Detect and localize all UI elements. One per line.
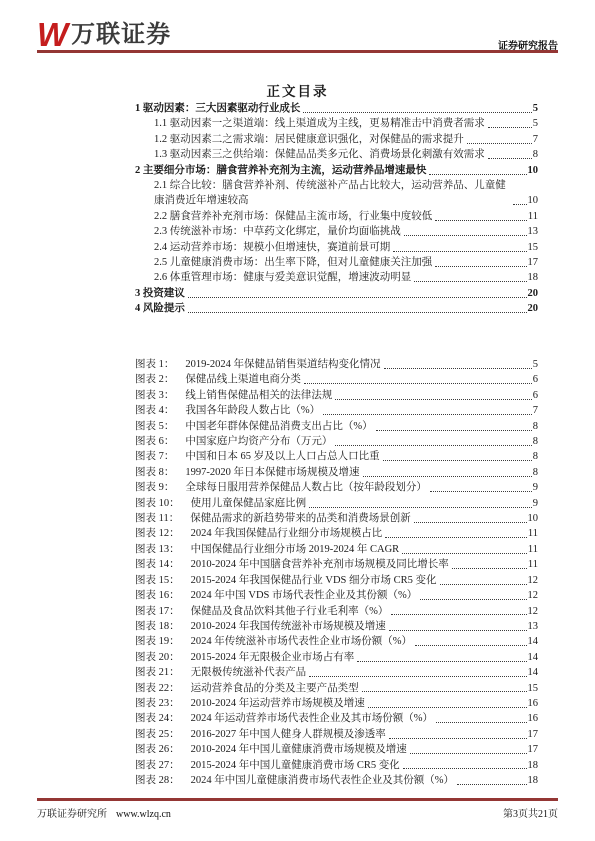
figure-entry-title: 2010-2024 年我国传统滋补市场规模及增速 bbox=[191, 619, 386, 634]
footer: 万联证券研究所 www.wlzq.cn 第3页共21页 bbox=[37, 805, 558, 820]
footer-divider bbox=[37, 798, 558, 801]
figure-entry-page: 12 bbox=[528, 588, 539, 603]
dot-leader bbox=[467, 143, 532, 144]
logo-company-name: 万联证券 bbox=[71, 22, 171, 48]
figure-entry-page: 8 bbox=[533, 465, 538, 480]
toc-entry[interactable]: 1.1 驱动因素一之渠道端：线上渠道成为主线，更易精准击中消费者需求 5 bbox=[135, 116, 538, 131]
toc-entry-text: 1.1 驱动因素一之渠道端：线上渠道成为主线，更易精准击中消费者需求 bbox=[154, 116, 485, 131]
figure-entry-label: 图表 26： bbox=[135, 742, 180, 757]
dot-leader bbox=[188, 297, 527, 298]
figure-entry-page: 7 bbox=[533, 403, 538, 418]
dot-leader bbox=[309, 676, 526, 677]
figure-entry-label: 图表 15： bbox=[135, 573, 180, 588]
figure-list: 图表 1： 2019-2024 年保健品销售渠道结构变化情况 5 图表 2： 保… bbox=[135, 357, 538, 788]
figure-entry[interactable]: 图表 8： 1997-2020 年日本保健市场规模及增速 8 bbox=[135, 465, 538, 480]
dot-leader bbox=[435, 220, 527, 221]
toc-section: 1 驱动因素：三大因素驱动行业成长 5 1.1 驱动因素一之渠道端：线上渠道成为… bbox=[135, 101, 538, 317]
dot-leader bbox=[513, 204, 527, 205]
figure-entry-label: 图表 4： bbox=[135, 403, 174, 418]
figure-entry-title: 2010-2024 年中国儿童健康消费市场规模及增速 bbox=[191, 742, 407, 757]
figure-entry-title: 2019-2024 年保健品销售渠道结构变化情况 bbox=[185, 357, 380, 372]
toc-entry-text: 1 驱动因素：三大因素驱动行业成长 bbox=[135, 101, 300, 116]
figure-entry-page: 12 bbox=[528, 604, 539, 619]
dot-leader bbox=[376, 430, 532, 431]
figure-entry-label: 图表 23： bbox=[135, 696, 180, 711]
figure-entry-page: 18 bbox=[528, 758, 539, 773]
dot-leader bbox=[414, 522, 527, 523]
figure-entry-label: 图表 19： bbox=[135, 634, 180, 649]
figure-entry-label: 图表 22： bbox=[135, 681, 180, 696]
toc-entry-text: 2.6 体重管理市场：健康与爱美意识觉醒，增速波动明显 bbox=[154, 270, 411, 285]
figure-entry-page: 12 bbox=[528, 573, 539, 588]
toc-title: 正文目录 bbox=[0, 80, 595, 100]
dot-leader bbox=[415, 645, 527, 646]
dot-leader bbox=[389, 738, 527, 739]
figure-entry-title: 2015-2024 年中国儿童健康消费市场 CR5 变化 bbox=[191, 758, 400, 773]
dot-leader bbox=[384, 368, 532, 369]
figure-entry-page: 16 bbox=[528, 711, 539, 726]
toc-entry-text: 1.2 驱动因素二之需求端：居民健康意识强化，对保健品的需求提升 bbox=[154, 132, 464, 147]
dot-leader bbox=[304, 383, 532, 384]
figure-entry[interactable]: 图表 9： 全球每日服用营养保健品人数占比（按年龄段划分） 9 bbox=[135, 480, 538, 495]
toc-entry[interactable]: 2.4 运动营养市场：规模小但增速快，赛道前景可期 15 bbox=[135, 240, 538, 255]
figure-entry-label: 图表 7： bbox=[135, 449, 174, 464]
toc-entry-page: 5 bbox=[533, 116, 538, 131]
brand-logo: W 万联证券 bbox=[37, 22, 171, 48]
dot-leader bbox=[309, 507, 532, 508]
dot-leader bbox=[488, 127, 532, 128]
toc-entry[interactable]: 1 驱动因素：三大因素驱动行业成长 5 bbox=[135, 101, 538, 116]
toc-entry-text: 2.3 传统滋补市场：中草药文化绑定，量价均面临挑战 bbox=[154, 224, 401, 239]
dot-leader bbox=[389, 630, 527, 631]
toc-entry[interactable]: 1.3 驱动因素三之供给端：保健品品类多元化、消费场景化刺激有效需求 8 bbox=[135, 147, 538, 162]
toc-entry-page: 20 bbox=[528, 286, 539, 301]
figure-entry[interactable]: 图表 15： 2015-2024 年我国保健品行业 VDS 细分市场 CR5 变… bbox=[135, 573, 538, 588]
figure-entry-label: 图表 5： bbox=[135, 419, 174, 434]
figure-entry[interactable]: 图表 24： 2024 年运动营养市场代表性企业及其市场份额（%） 16 bbox=[135, 711, 538, 726]
toc-entry[interactable]: 3 投资建议 20 bbox=[135, 286, 538, 301]
figure-entry-label: 图表 9： bbox=[135, 480, 174, 495]
toc-entry[interactable]: 1.2 驱动因素二之需求端：居民健康意识强化，对保健品的需求提升 7 bbox=[135, 132, 538, 147]
figure-entry-page: 5 bbox=[533, 357, 538, 372]
figure-entry-title: 保健品线上渠道电商分类 bbox=[185, 372, 301, 387]
figure-entry-label: 图表 3： bbox=[135, 388, 174, 403]
figure-entry[interactable]: 图表 2： 保健品线上渠道电商分类 6 bbox=[135, 372, 538, 387]
figure-entry-page: 6 bbox=[533, 372, 538, 387]
figure-entry-page: 10 bbox=[528, 511, 539, 526]
toc-entry-text: 2.4 运动营养市场：规模小但增速快，赛道前景可期 bbox=[154, 240, 390, 255]
toc-entry[interactable]: 2 主要细分市场：膳食营养补充剂为主流，运动营养品增速最快 10 bbox=[135, 163, 538, 178]
dot-leader bbox=[420, 599, 526, 600]
figure-entry[interactable]: 图表 28： 2024 年中国儿童健康消费市场代表性企业及其份额（%） 18 bbox=[135, 773, 538, 788]
dot-leader bbox=[363, 476, 532, 477]
dot-leader bbox=[435, 266, 526, 267]
dot-leader bbox=[393, 251, 526, 252]
figure-entry-title: 线上销售保健品相关的法律法规 bbox=[185, 388, 332, 403]
toc-entry-text: 2.5 儿童健康消费市场：出生率下降，但对儿童健康关注加强 bbox=[154, 255, 432, 270]
figure-entry-page: 14 bbox=[528, 650, 539, 665]
toc-entry-text: 1.3 驱动因素三之供给端：保健品品类多元化、消费场景化刺激有效需求 bbox=[154, 147, 485, 162]
figure-entry-label: 图表 21： bbox=[135, 665, 180, 680]
toc-entry-page: 15 bbox=[528, 240, 539, 255]
figure-entry-title: 中国家庭户均资产分布（万元） bbox=[185, 434, 332, 449]
figure-entry[interactable]: 图表 14： 2010-2024 年中国膳食营养补充剂市场规模及同比增长率 11 bbox=[135, 557, 538, 572]
figure-entry-title: 2015-2024 年我国保健品行业 VDS 细分市场 CR5 变化 bbox=[191, 573, 437, 588]
figure-entry-title: 2024 年中国儿童健康消费市场代表性企业及其份额（%） bbox=[191, 773, 454, 788]
dot-leader bbox=[385, 537, 527, 538]
figure-entry-title: 2016-2027 年中国人健身人群规模及渗透率 bbox=[191, 727, 386, 742]
figure-entry-title: 运动营养食品的分类及主要产品类型 bbox=[191, 681, 359, 696]
dot-leader bbox=[414, 281, 526, 282]
figure-entry-page: 13 bbox=[528, 619, 539, 634]
figure-entry-page: 9 bbox=[533, 480, 538, 495]
toc-entry[interactable]: 2.5 儿童健康消费市场：出生率下降，但对儿童健康关注加强 17 bbox=[135, 255, 538, 270]
dot-leader bbox=[402, 553, 527, 554]
toc-entry-text: 4 风险提示 bbox=[135, 301, 185, 316]
figure-entry-page: 8 bbox=[533, 434, 538, 449]
figure-entry-title: 2010-2024 年中国膳食营养补充剂市场规模及同比增长率 bbox=[191, 557, 449, 572]
figure-entry-title: 2015-2024 年无限极企业市场占有率 bbox=[191, 650, 355, 665]
figure-entry-label: 图表 28： bbox=[135, 773, 180, 788]
footer-institute: 万联证券研究所 bbox=[37, 805, 107, 820]
figure-entry-page: 16 bbox=[528, 696, 539, 711]
dot-leader bbox=[403, 768, 527, 769]
toc-entry-text: 2.2 膳食营养补充剂市场：保健品主流市场，行业集中度较低 bbox=[154, 209, 432, 224]
dot-leader bbox=[188, 312, 527, 313]
toc-entry-page: 10 bbox=[528, 193, 539, 208]
figure-entry[interactable]: 图表 13： 中国保健品行业细分市场 2019-2024 年 CAGR 11 bbox=[135, 542, 538, 557]
toc-entry-page: 20 bbox=[528, 301, 539, 316]
figure-entry-page: 11 bbox=[528, 557, 538, 572]
toc-entry-page: 13 bbox=[528, 224, 539, 239]
figure-entry[interactable]: 图表 16： 2024 年中国 VDS 市场代表性企业及其份额（%） 12 bbox=[135, 588, 538, 603]
figure-entry-label: 图表 17： bbox=[135, 604, 180, 619]
figure-entry[interactable]: 图表 27： 2015-2024 年中国儿童健康消费市场 CR5 变化 18 bbox=[135, 758, 538, 773]
footer-url[interactable]: www.wlzq.cn bbox=[116, 809, 171, 820]
figure-entry-label: 图表 12： bbox=[135, 526, 180, 541]
dot-leader bbox=[383, 460, 532, 461]
dot-leader bbox=[429, 174, 526, 175]
figure-entry[interactable]: 图表 3： 线上销售保健品相关的法律法规 6 bbox=[135, 388, 538, 403]
toc-entry-page: 7 bbox=[533, 132, 538, 147]
figure-entry-label: 图表 6： bbox=[135, 434, 174, 449]
figure-entry[interactable]: 图表 4： 我国各年龄段人数占比（%） 7 bbox=[135, 403, 538, 418]
figure-entry-label: 图表 16： bbox=[135, 588, 180, 603]
figure-entry-title: 保健品需求的新趋势带来的品类和消费场景创新 bbox=[190, 511, 411, 526]
dot-leader bbox=[362, 691, 527, 692]
figure-entry-title: 2024 年我国保健品行业细分市场规模占比 bbox=[191, 526, 383, 541]
figure-entry-page: 17 bbox=[528, 727, 539, 742]
figure-entry-page: 14 bbox=[528, 665, 539, 680]
figure-entry-title: 中国保健品行业细分市场 2019-2024 年 CAGR bbox=[191, 542, 400, 557]
figure-entry[interactable]: 图表 25： 2016-2027 年中国人健身人群规模及渗透率 17 bbox=[135, 727, 538, 742]
figure-entry-label: 图表 27： bbox=[135, 758, 180, 773]
figure-entry-title: 我国各年龄段人数占比（%） bbox=[185, 403, 320, 418]
figure-entry-page: 8 bbox=[533, 449, 538, 464]
figure-entry[interactable]: 图表 5： 中国老年群体保健品消费支出占比（%） 8 bbox=[135, 419, 538, 434]
toc-entry[interactable]: 4 风险提示 20 bbox=[135, 301, 538, 316]
toc-entry[interactable]: 2.3 传统滋补市场：中草药文化绑定，量价均面临挑战 13 bbox=[135, 224, 538, 239]
header-divider bbox=[37, 50, 558, 53]
figure-entry[interactable]: 图表 1： 2019-2024 年保健品销售渠道结构变化情况 5 bbox=[135, 357, 538, 372]
toc-entry-text: 2.1 综合比较：膳食营养补剂、传统滋补产品占比较大，运动营养品、儿童健康消费近… bbox=[154, 178, 510, 209]
figure-entry-page: 14 bbox=[528, 634, 539, 649]
figure-entry-label: 图表 25： bbox=[135, 727, 180, 742]
figure-entry[interactable]: 图表 19： 2024 年传统滋补市场代表性企业市场份额（%） 14 bbox=[135, 634, 538, 649]
figure-entry-title: 2024 年中国 VDS 市场代表性企业及其份额（%） bbox=[191, 588, 418, 603]
figure-entry-title: 无限极传统滋补代表产品 bbox=[191, 665, 307, 680]
toc-entry-page: 11 bbox=[528, 209, 538, 224]
figure-entry-label: 图表 13： bbox=[135, 542, 180, 557]
dot-leader bbox=[488, 158, 532, 159]
dot-leader bbox=[410, 753, 527, 754]
figure-entry-label: 图表 20： bbox=[135, 650, 180, 665]
figure-entry-page: 15 bbox=[528, 681, 539, 696]
figure-entry-page: 9 bbox=[533, 496, 538, 511]
footer-page-indicator: 第3页共21页 bbox=[503, 805, 558, 820]
dot-leader bbox=[303, 112, 531, 113]
report-page: W 万联证券 证券研究报告 正文目录 1 驱动因素：三大因素驱动行业成长 5 1… bbox=[0, 0, 595, 841]
dot-leader bbox=[335, 445, 531, 446]
figure-entry[interactable]: 图表 23： 2010-2024 年运动营养市场规模及增速 16 bbox=[135, 696, 538, 711]
figure-entry[interactable]: 图表 6： 中国家庭户均资产分布（万元） 8 bbox=[135, 434, 538, 449]
figure-entry[interactable]: 图表 7： 中国和日本 65 岁及以上人口占总人口比重 8 bbox=[135, 449, 538, 464]
figure-entry[interactable]: 图表 18： 2010-2024 年我国传统滋补市场规模及增速 13 bbox=[135, 619, 538, 634]
figure-entry-title: 1997-2020 年日本保健市场规模及增速 bbox=[185, 465, 359, 480]
dot-leader bbox=[436, 722, 527, 723]
figure-entry-label: 图表 14： bbox=[135, 557, 180, 572]
figure-entry[interactable]: 图表 26： 2010-2024 年中国儿童健康消费市场规模及增速 17 bbox=[135, 742, 538, 757]
figure-entry[interactable]: 图表 10： 使用儿童保健品家庭比例 9 bbox=[135, 496, 538, 511]
figure-entry-title: 2024 年运动营养市场代表性企业及其市场份额（%） bbox=[191, 711, 433, 726]
figure-entry-page: 18 bbox=[528, 773, 539, 788]
figure-entry-page: 11 bbox=[528, 542, 538, 557]
figure-entry-label: 图表 24： bbox=[135, 711, 180, 726]
toc-entry-page: 17 bbox=[528, 255, 539, 270]
dot-leader bbox=[404, 235, 527, 236]
figure-entry-page: 11 bbox=[528, 526, 538, 541]
toc-entry-text: 2 主要细分市场：膳食营养补充剂为主流，运动营养品增速最快 bbox=[135, 163, 426, 178]
logo-w-icon: W bbox=[37, 22, 66, 48]
toc-entry-page: 10 bbox=[528, 163, 539, 178]
dot-leader bbox=[335, 399, 531, 400]
figure-entry[interactable]: 图表 11： 保健品需求的新趋势带来的品类和消费场景创新 10 bbox=[135, 511, 538, 526]
dot-leader bbox=[368, 707, 527, 708]
toc-entry[interactable]: 2.6 体重管理市场：健康与爱美意识觉醒，增速波动明显 18 bbox=[135, 270, 538, 285]
figure-entry-label: 图表 8： bbox=[135, 465, 174, 480]
toc-entry[interactable]: 2.1 综合比较：膳食营养补剂、传统滋补产品占比较大，运动营养品、儿童健康消费近… bbox=[135, 178, 538, 209]
dot-leader bbox=[430, 491, 532, 492]
figure-entry-label: 图表 18： bbox=[135, 619, 180, 634]
figure-entry[interactable]: 图表 20： 2015-2024 年无限极企业市场占有率 14 bbox=[135, 650, 538, 665]
dot-leader bbox=[452, 568, 527, 569]
figure-entry[interactable]: 图表 21： 无限极传统滋补代表产品 14 bbox=[135, 665, 538, 680]
figure-entry-title: 保健品及食品饮料其他子行业毛利率（%） bbox=[191, 604, 389, 619]
figure-entry-title: 2010-2024 年运动营养市场规模及增速 bbox=[191, 696, 365, 711]
figure-entry-title: 使用儿童保健品家庭比例 bbox=[191, 496, 307, 511]
figure-entry-label: 图表 11： bbox=[135, 511, 179, 526]
figure-entry-label: 图表 2： bbox=[135, 372, 174, 387]
dot-leader bbox=[357, 661, 526, 662]
figure-entry-page: 17 bbox=[528, 742, 539, 757]
toc-entry-page: 18 bbox=[528, 270, 539, 285]
figure-entry-page: 6 bbox=[533, 388, 538, 403]
figure-entry-title: 2024 年传统滋补市场代表性企业市场份额（%） bbox=[191, 634, 412, 649]
dot-leader bbox=[440, 584, 527, 585]
figure-entry-title: 全球每日服用营养保健品人数占比（按年龄段划分） bbox=[185, 480, 427, 495]
toc-entry-page: 8 bbox=[533, 147, 538, 162]
figure-entry[interactable]: 图表 17： 保健品及食品饮料其他子行业毛利率（%） 12 bbox=[135, 604, 538, 619]
figure-entry-label: 图表 1： bbox=[135, 357, 174, 372]
dot-leader bbox=[323, 414, 532, 415]
figure-entry-label: 图表 10： bbox=[135, 496, 180, 511]
figure-entry-title: 中国和日本 65 岁及以上人口占总人口比重 bbox=[185, 449, 379, 464]
figure-entry-page: 8 bbox=[533, 419, 538, 434]
dot-leader bbox=[391, 614, 526, 615]
figure-entry-title: 中国老年群体保健品消费支出占比（%） bbox=[185, 419, 372, 434]
toc-entry-page: 5 bbox=[533, 101, 538, 116]
dot-leader bbox=[457, 784, 527, 785]
toc-entry[interactable]: 2.2 膳食营养补充剂市场：保健品主流市场，行业集中度较低 11 bbox=[135, 209, 538, 224]
toc-entry-text: 3 投资建议 bbox=[135, 286, 185, 301]
figure-entry[interactable]: 图表 12： 2024 年我国保健品行业细分市场规模占比 11 bbox=[135, 526, 538, 541]
figure-entry[interactable]: 图表 22： 运动营养食品的分类及主要产品类型 15 bbox=[135, 681, 538, 696]
